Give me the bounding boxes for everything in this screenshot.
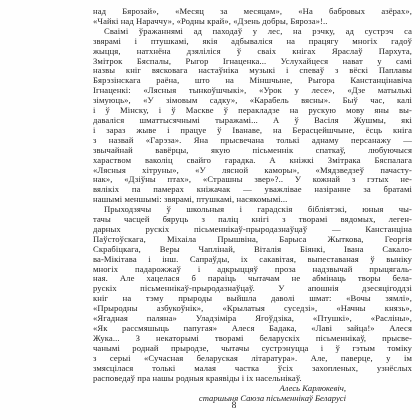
text-line: расповедаў пра нашы родныя краявіды і іх… [93,374,412,384]
text-line: хараством ваколіц свайго гарадка. А кніж… [93,156,412,166]
book-page: над Бярозай», «Месяц за месяцам», «На ба… [0,0,420,420]
body-text: над Бярозай», «Месяц за месяцам», «На ба… [93,7,412,383]
signature-block: Алесь Карлюкевіч,старшыня Саюза пісьменн… [93,384,412,404]
page-number: 8 [228,401,240,412]
signature-line: старшыня Саюза пісьменнікаў Беларусі [93,394,346,404]
text-block: над Бярозай», «Месяц за месяцам», «На ба… [93,7,412,404]
